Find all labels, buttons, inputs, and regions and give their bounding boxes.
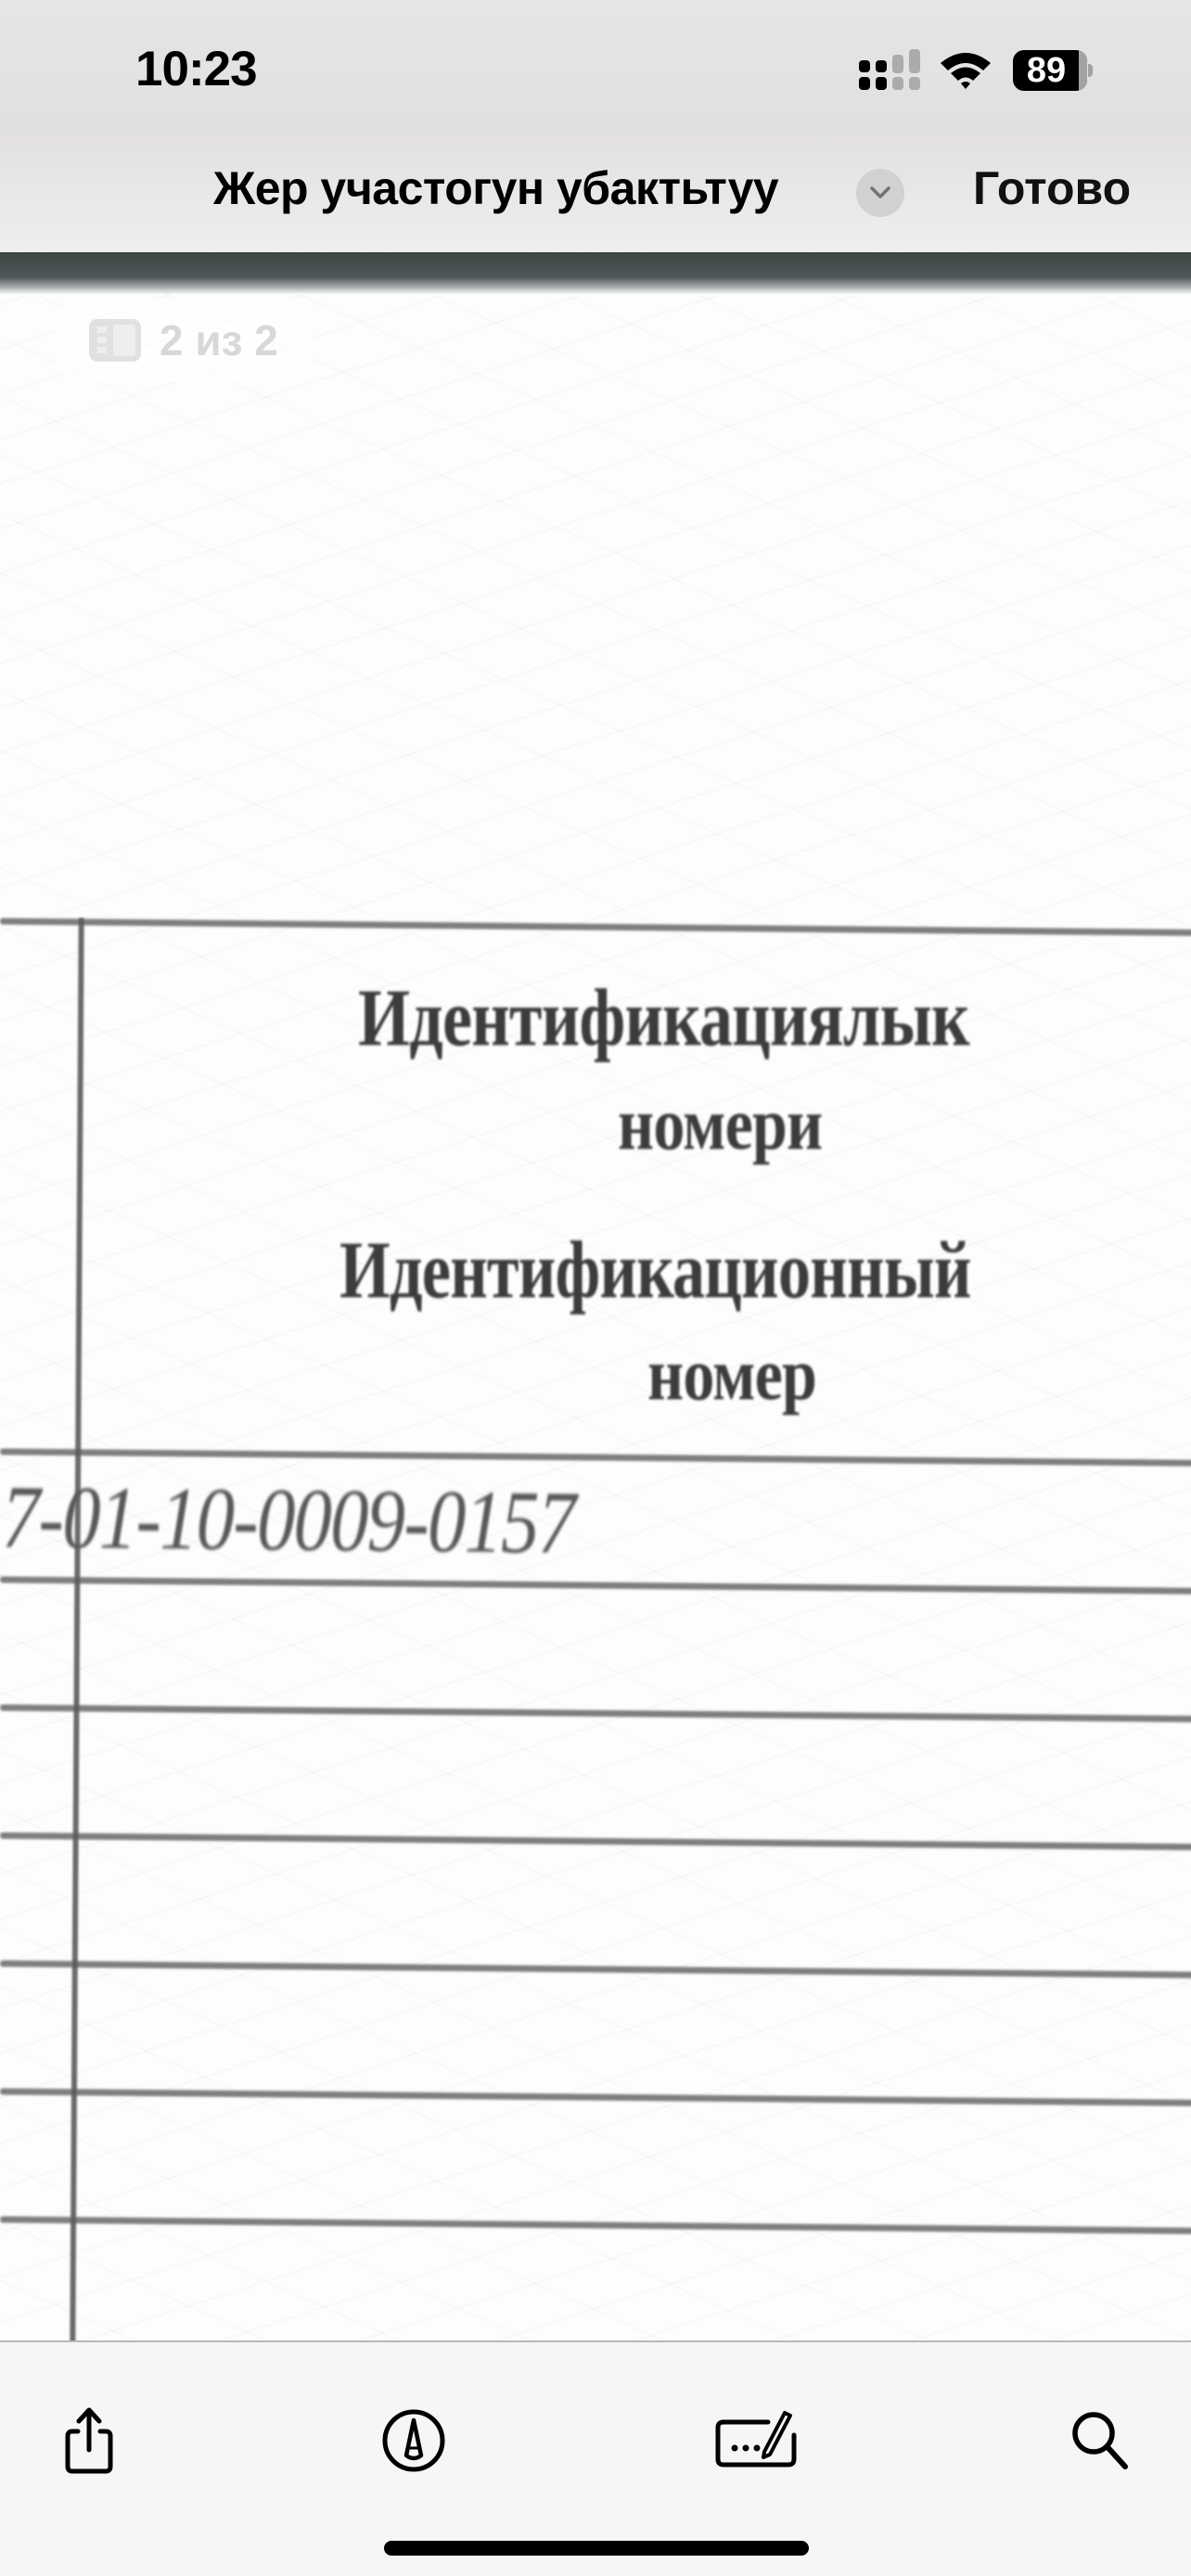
search-button[interactable] (1063, 2404, 1137, 2478)
battery-icon: 89 (1013, 50, 1087, 91)
identification-number: 7-01-10-0009-0157 (1, 1465, 575, 1574)
scan-edge (0, 252, 1191, 294)
signature-form-icon (711, 2407, 803, 2474)
document-viewer[interactable]: 2 из 2 Идентификациялык номери Идентифик… (0, 252, 1191, 2340)
document-title[interactable]: Жер участогун убактьтуу (213, 161, 778, 215)
header-russian-line1: Идентификационный (339, 1224, 971, 1318)
battery-cap (1088, 64, 1093, 77)
search-icon (1068, 2407, 1133, 2474)
markup-button[interactable] (377, 2404, 451, 2478)
page-indicator: 2 из 2 (58, 299, 312, 382)
share-icon (57, 2404, 122, 2478)
battery-percent: 89 (1013, 50, 1080, 91)
header-russian-line2: номер (647, 1333, 816, 1418)
page-indicator-label: 2 из 2 (160, 315, 278, 365)
status-time: 10:23 (135, 41, 257, 97)
header-kyrgyz-line2: номери (618, 1083, 822, 1167)
wifi-icon (939, 50, 992, 91)
bottom-toolbar (0, 2340, 1191, 2576)
share-button[interactable] (52, 2404, 126, 2478)
cellular-signal-icon (857, 49, 918, 92)
status-icons: 89 (857, 48, 1093, 93)
done-button[interactable]: Готово (973, 161, 1131, 215)
sidebar-thumbnails-icon (89, 319, 141, 362)
home-indicator[interactable] (384, 2541, 809, 2556)
fill-and-sign-button[interactable] (711, 2404, 803, 2478)
markup-pen-icon (380, 2407, 447, 2474)
navigation-header: 10:23 89 Жер участогун убактьтуу Готово (0, 0, 1191, 252)
header-kyrgyz-line1: Идентификациялык (358, 972, 969, 1065)
chevron-down-icon[interactable] (856, 169, 904, 217)
